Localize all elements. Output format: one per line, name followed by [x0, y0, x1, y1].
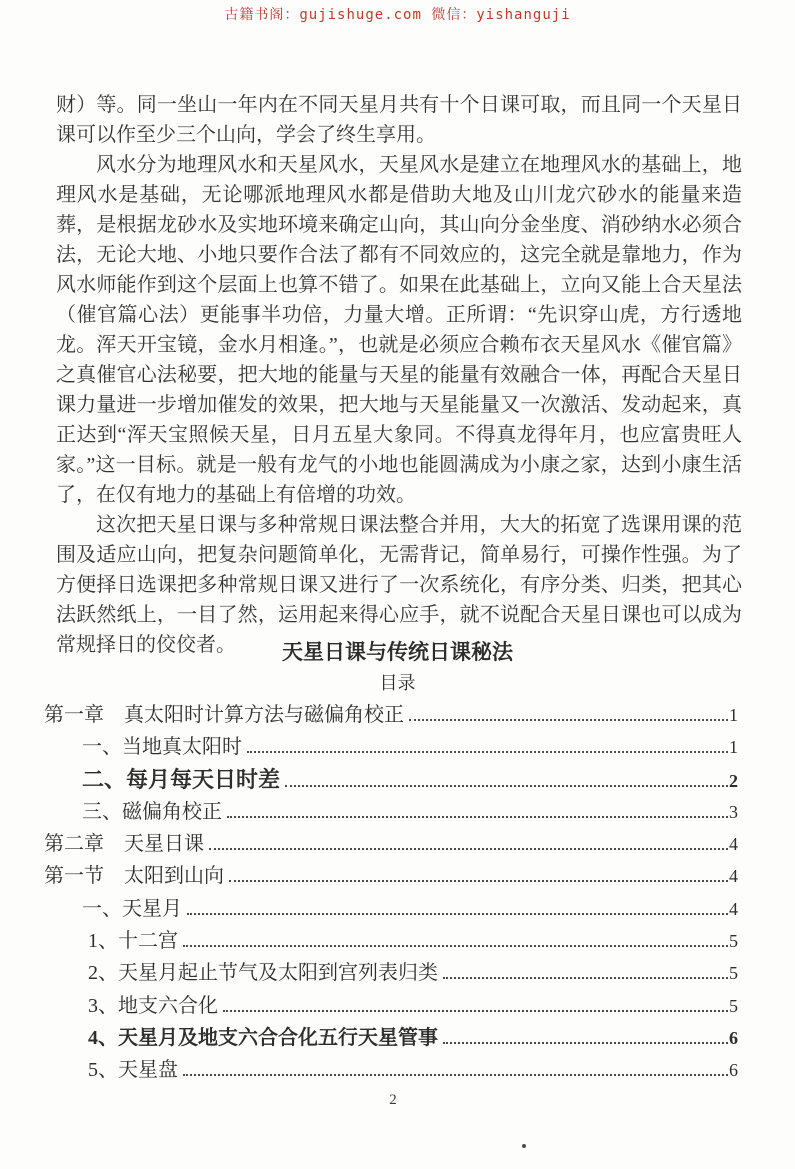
toc-entry: 第一章 真太阳时计算方法与磁偏角校正 1	[44, 698, 738, 730]
toc-entry-label: 第一章 真太阳时计算方法与磁偏角校正	[44, 698, 404, 727]
toc-entry: 一、当地真太阳时 1	[44, 730, 738, 762]
toc-entry-label: 一、当地真太阳时	[82, 730, 242, 759]
dot-leader	[247, 751, 728, 753]
table-of-contents: 第一章 真太阳时计算方法与磁偏角校正 1 一、当地真太阳时 1 二、每月每天日时…	[44, 698, 738, 1086]
dot-leader	[443, 977, 728, 979]
page-footer: 2	[0, 1092, 786, 1109]
dot-leader	[183, 1074, 728, 1076]
watermark-text: 古籍书阁：gujishuge.com 微信：yishanguji	[224, 7, 570, 23]
scan-speck	[522, 1144, 526, 1148]
toc-entry-label: 2、天星月起止节气及太阳到宫列表归类	[88, 956, 438, 985]
toc-entry-label: 三、磁偏角校正	[82, 795, 222, 824]
dot-leader	[223, 1010, 728, 1012]
dot-leader	[183, 945, 728, 947]
book-title: 天星日课与传统日课秘法	[0, 636, 795, 666]
toc-page-number: 4	[729, 834, 738, 855]
toc-entry: 第一节 太阳到山向 4	[44, 859, 738, 891]
toc-page-number: 6	[729, 1028, 738, 1049]
toc-page-number: 1	[729, 705, 738, 726]
toc-page-number: 4	[729, 866, 738, 887]
dot-leader	[229, 880, 728, 882]
document-page: 古籍书阁：gujishuge.com 微信：yishanguji 财）等。同一坐…	[0, 0, 795, 1169]
toc-entry: 4、天星月及地支六合合化五行天星管事 6	[44, 1021, 738, 1053]
body-text-block: 财）等。同一坐山一年内在不同天星月共有十个日课可取，而且同一个天星日课可以作至少…	[56, 90, 742, 660]
page-number: 2	[389, 1092, 397, 1108]
dot-leader	[227, 816, 728, 818]
toc-entry: 一、天星月 4	[44, 892, 738, 924]
toc-entry: 3、地支六合化 5	[44, 989, 738, 1021]
toc-entry-label: 第一节 太阳到山向	[44, 859, 224, 888]
dot-leader	[409, 719, 728, 721]
toc-entry-label: 4、天星月及地支六合合化五行天星管事	[88, 1021, 438, 1050]
dot-leader	[209, 848, 728, 850]
paragraph-continuation: 财）等。同一坐山一年内在不同天星月共有十个日课可取，而且同一个天星日课可以作至少…	[56, 90, 742, 150]
toc-entry-label: 第二章 天星日课	[44, 827, 204, 856]
toc-page-number: 1	[729, 737, 738, 758]
toc-page-number: 5	[729, 963, 738, 984]
toc-entry: 第二章 天星日课 4	[44, 827, 738, 859]
dot-leader	[285, 785, 728, 787]
toc-page-number: 3	[729, 802, 738, 823]
toc-page-number: 5	[729, 931, 738, 952]
toc-entry-label: 二、每月每天日时差	[82, 763, 280, 794]
toc-entry-label: 1、十二宫	[88, 924, 178, 953]
paragraph: 风水分为地理风水和天星风水，天星风水是建立在地理风水的基础上，地理风水是基础，无…	[56, 150, 742, 510]
toc-entry: 1、十二宫 5	[44, 924, 738, 956]
toc-page-number: 5	[729, 996, 738, 1017]
toc-entry: 2、天星月起止节气及太阳到宫列表归类 5	[44, 956, 738, 988]
toc-entry: 二、每月每天日时差 2	[44, 763, 738, 795]
toc-page-number: 2	[729, 771, 738, 792]
dot-leader	[187, 913, 728, 915]
toc-entry-label: 3、地支六合化	[88, 989, 218, 1018]
toc-entry: 5、天星盘 6	[44, 1053, 738, 1085]
toc-heading: 目录	[0, 669, 795, 695]
watermark-header: 古籍书阁：gujishuge.com 微信：yishanguji	[0, 4, 795, 24]
toc-page-number: 4	[729, 899, 738, 920]
toc-entry-label: 一、天星月	[82, 892, 182, 921]
dot-leader	[443, 1042, 728, 1044]
toc-page-number: 6	[729, 1060, 738, 1081]
toc-entry-label: 5、天星盘	[88, 1053, 178, 1082]
toc-entry: 三、磁偏角校正 3	[44, 795, 738, 827]
